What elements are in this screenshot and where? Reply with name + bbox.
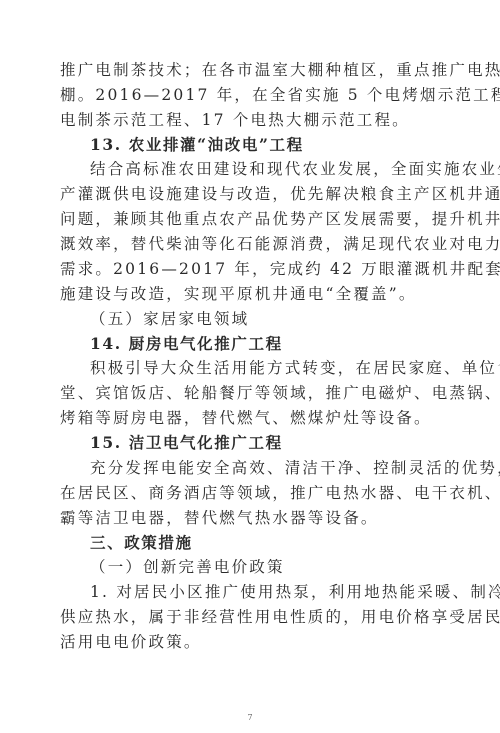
- body-text-line: 霸等洁卫电器，替代燃气热水器等设备。: [60, 508, 446, 528]
- body-text-line: 1. 对居民小区推广使用热泵，利用地热能采暖、制冷、: [90, 582, 446, 602]
- body-text-line: 堂、宾馆饭店、轮船餐厅等领域，推广电磁炉、电蒸锅、电: [60, 383, 446, 403]
- body-text-line: 问题，兼顾其他重点农产品优势产区发展需要，提升机井灌: [60, 209, 446, 229]
- body-text-line: 充分发挥电能安全高效、清洁干净、控制灵活的优势，: [90, 458, 446, 478]
- body-text-line: 供应热水，属于非经营性用电性质的，用电价格享受居民生: [60, 607, 446, 627]
- subsection-heading-5: （五）家居家电领域: [90, 309, 446, 329]
- body-text-line: 电制茶示范工程、17 个电热大棚示范工程。: [60, 110, 446, 130]
- page-number: 7: [0, 713, 500, 722]
- body-text-line: 在居民区、商务酒店等领域，推广电热水器、电干衣机、浴: [60, 483, 446, 503]
- subsection-heading-1: （一）创新完善电价政策: [90, 557, 446, 577]
- body-text-line: 烤箱等厨房电器，替代燃气、燃煤炉灶等设备。: [60, 408, 446, 428]
- section-heading-15: 15. 洁卫电气化推广工程: [90, 433, 446, 453]
- section-heading-13: 13. 农业排灌“油改电”工程: [90, 135, 446, 155]
- body-text-line: 推广电制茶技术；在各市温室大棚种植区，重点推广电热大: [60, 60, 446, 80]
- body-text-line: 棚。2016—2017 年，在全省实施 5 个电烤烟示范工程、5 个: [60, 85, 446, 105]
- chapter-heading-3: 三、政策措施: [90, 533, 446, 553]
- body-text-line: 产灌溉供电设施建设与改造，优先解决粮食主产区机井通电: [60, 184, 446, 204]
- section-heading-14: 14. 厨房电气化推广工程: [90, 334, 446, 354]
- body-text-line: 积极引导大众生活用能方式转变，在居民家庭、单位食: [90, 358, 446, 378]
- body-text-line: 活用电电价政策。: [60, 632, 446, 652]
- body-text-line: 溉效率，替代柴油等化石能源消费，满足现代农业对电力的: [60, 234, 446, 254]
- body-text-line: 需求。2016—2017 年，完成约 42 万眼灌溉机井配套电力设: [60, 259, 446, 279]
- document-page: 推广电制茶技术；在各市温室大棚种植区，重点推广电热大 棚。2016—2017 年…: [0, 0, 500, 733]
- body-text-line: 施建设与改造，实现平原机井通电“全覆盖”。: [60, 284, 446, 304]
- body-text-line: 结合高标准农田建设和现代农业发展，全面实施农业生: [90, 159, 446, 179]
